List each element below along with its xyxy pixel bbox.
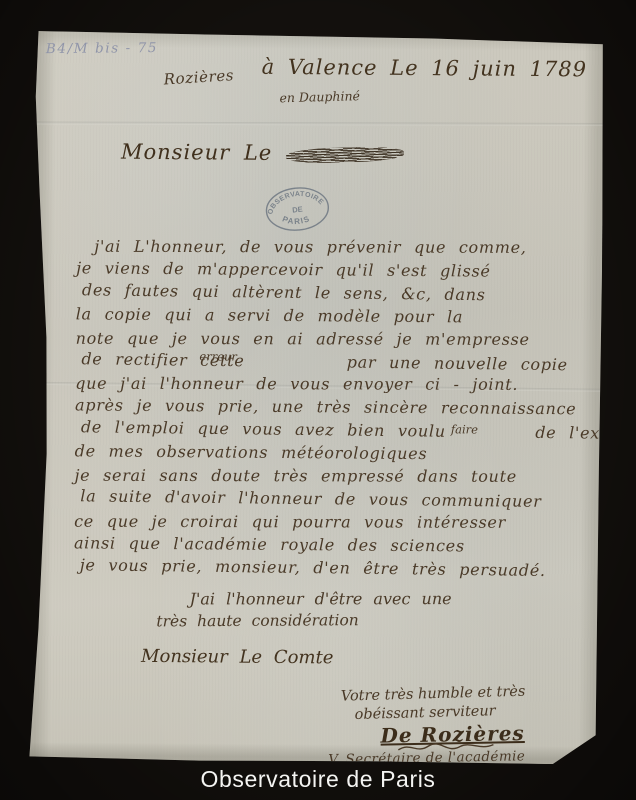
crossed-out-word-scribble [286,146,404,164]
body-line: ce que je croirai qui pourra vous intére… [74,511,596,535]
body-line: note que je vous en ai adressé je m'empr… [76,327,598,351]
body-line: que j'ai l'honneur de vous envoyer ci - … [75,373,597,397]
signature-formula-line-2: obéissant serviteur [354,703,495,723]
closing-formula-line-1: J'ai l'honneur d'être avec une [190,589,452,608]
closing-formula-line-2: très haute considération [156,611,358,630]
observatory-oval-stamp: OBSERVATOIRE DE PARIS [261,182,334,240]
letter-page: B4/M bis - 75 Rozières à Valence Le 16 j… [28,31,604,764]
signature-formula-line-1: Votre très humble et très [341,684,526,705]
salutation-line: Monsieur Le [121,140,404,166]
place-date-line: à Valence Le 16 juin 1789 [262,55,588,82]
interlinear-insertion: faire [451,422,478,436]
sender-annotation: Rozières [163,66,234,88]
paper-crease-top [33,121,603,125]
addressee-line: Monsieur Le Comte [141,646,333,669]
interlinear-insertion: erreur [199,349,237,363]
stamp-text-middle: DE [292,205,303,215]
salutation-text: Monsieur Le [121,140,272,165]
body-line: j'ai L'honneur, de vous prévenir que com… [76,236,598,260]
caption-text: Observatoire de Paris [0,766,636,793]
letter-body: j'ai L'honneur, de vous prévenir que com… [74,234,599,582]
archive-shelfmark: B4/M bis - 75 [46,40,158,57]
caption-bar: Observatoire de Paris [0,761,636,800]
place-region-line: en Dauphiné [279,88,360,105]
